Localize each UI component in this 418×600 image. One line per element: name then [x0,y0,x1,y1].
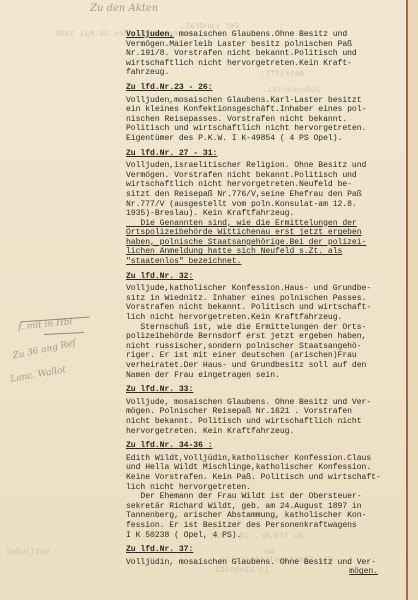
section-5: Zu lfd.Nr. 34-36 : Edith Wildt,Volljüdin… [126,439,398,540]
text-line: Tannenberg, arischer Abstammung, katholi… [126,511,398,521]
text-line: polizeibehörde Bernsdorf erst jetzt erge… [126,332,398,342]
text-line: hervorgetreten. Kein Kraftfahrzeug. [126,427,398,437]
section-heading: Zu lfd.Nr. 32: [126,272,193,282]
text-line: Der Ehemann der Frau Wildt ist der Obers… [126,492,398,502]
section-3: Zu lfd.Nr. 32: Volljude,katholischer Kon… [126,270,398,381]
section-4: Zu lfd.Nr. 33: Volljude, mosaischen Glau… [126,383,398,436]
text-line: sitzt den Reisepaß Nr.776/V,seine Ehefra… [126,190,398,200]
bleed-left-word: Volljuden [6,548,50,557]
text-line: sekretär Richard Wildt, geb. am 24.Augus… [126,502,398,512]
section-1: Zu lfd.Nr.23 - 26: Volljuden,mosaischen … [126,81,398,144]
text-line: I K 50238 ( Opel, 4 PS). [126,531,398,541]
text-line: Namen der Frau eingetragen sein. [126,371,398,381]
section-heading: Zu lfd.Nr. 34-36 : [126,441,213,451]
text-line: fahrzeug. [126,68,398,78]
text-line: verheiratet.Der Haus- und Grundbesitz so… [126,361,398,371]
text-line: Volljude,katholischer Konfession.Haus- u… [126,284,398,294]
text-line: und Hella Wildt Mischlinge,katholischer … [126,463,398,473]
text-line: Edith Wildt,Volljüdin,katholischer Konfe… [126,454,398,464]
text-line: Volljude, mosaischen Glaubens. Ohne Besi… [126,398,398,408]
text-line-trailing: mögen. [126,567,398,577]
text-line: Volljüdin, mosaischen Glaubens. Ohne Bes… [126,558,398,568]
section-6: Zu lfd.Nr. 37: Volljüdin, mosaischen Gla… [126,543,398,577]
section-heading: Zu lfd.Nr. 27 - 31: [126,149,217,159]
text-line: Vorstrafen nicht bekannt. Politisch und … [126,303,398,313]
section-0: Volljuden, mosaischen Glaubens.Ohne Besi… [126,30,398,78]
handwritten-note-top: Zu den Akten [90,3,158,14]
text-line: fession. Er ist Besitzer des Personenkra… [126,521,398,531]
text-line: Sternschuß ist, wie die Ermittelungen de… [126,323,398,333]
text-line: Eigentümer des P.K.W. I K-49854 ( 4 PS O… [126,134,398,144]
text-line: Volljuden,israelitischer Religion. Ohne … [126,161,398,171]
term-volljuden: Volljuden, [126,30,174,39]
underlined-line: haben, polnische Staatsangehörige.Bei de… [126,238,398,248]
typewritten-body: Volljuden, mosaischen Glaubens.Ohne Besi… [126,30,398,580]
section-2: Zu lfd.Nr. 27 - 31: Volljuden,israelitis… [126,147,398,267]
text-line: Volljuden,mosaischen Glaubens.Karl-Laste… [126,96,398,106]
text-line: nicht bekannt. Politisch und wirtschaftl… [126,417,398,427]
text-line: Politisch und wirtschaftlich nicht hervo… [126,124,398,134]
text-line: nischen Reisepasses. Vorstrafen nicht be… [126,115,398,125]
text-line: Vermögen.Maierleib Laster besitz polnisc… [126,40,398,50]
adjacent-page-strip [408,0,418,600]
underlined-line: Die Genannten sind, wie die Ermittelunge… [126,219,398,229]
text-line: ein kleines Konfektionsgeschäft.Inhaber … [126,105,398,115]
text-line: Nr.777/V (ausgestellt vom poln.Konsulat-… [126,200,398,210]
text-line: lich nicht hervorgetreten.Kein Kraftfahr… [126,313,398,323]
text-line: Vermögen. Vorstrafen nicht bekannt.Polit… [126,171,398,181]
text-line: wirtschaftlich nicht hervorgetreten.Neuf… [126,180,398,190]
text-line-rest: mosaischen Glaubens.Ohne Besitz und [174,30,347,39]
text-line: mögen. Polnischer Reisepaß Nr.1621 . Vor… [126,407,398,417]
text-line: 1935)-Breslau). Kein Kraftfahrzeug. [126,209,398,219]
underlined-line: "staatenlos" bezeichnet. [126,257,398,267]
text-line: Volljuden, mosaischen Glaubens.Ohne Besi… [126,30,398,40]
text-line: sitz in Wiednitz. Inhaber eines polnisch… [126,294,398,304]
section-heading: Zu lfd.Nr.23 - 26: [126,83,213,93]
text-line: nicht russischer,sondern polnischer Staa… [126,342,398,352]
section-heading: Zu lfd.Nr. 33: [126,385,193,395]
text-line: lich nicht hervorgetreten. [126,483,398,493]
underlined-line: lichen Anmeldung hatte sich Neufeld s.Zt… [126,247,398,257]
text-line: Nr.191/8. Vorstrafen nicht bekannt.Polit… [126,49,398,59]
section-heading: Zu lfd.Nr. 37: [126,545,193,555]
text-line: riger. Er ist mit einer deutschen (arisc… [126,351,398,361]
underlined-line: Ortspolizeibehörde Wittichenau erst jetz… [126,228,398,238]
text-line: wirtschaftlich nicht hervorgetreten.Kein… [126,59,398,69]
text-line: Keine Vorstrafen. Kein Paß. Politisch un… [126,473,398,483]
